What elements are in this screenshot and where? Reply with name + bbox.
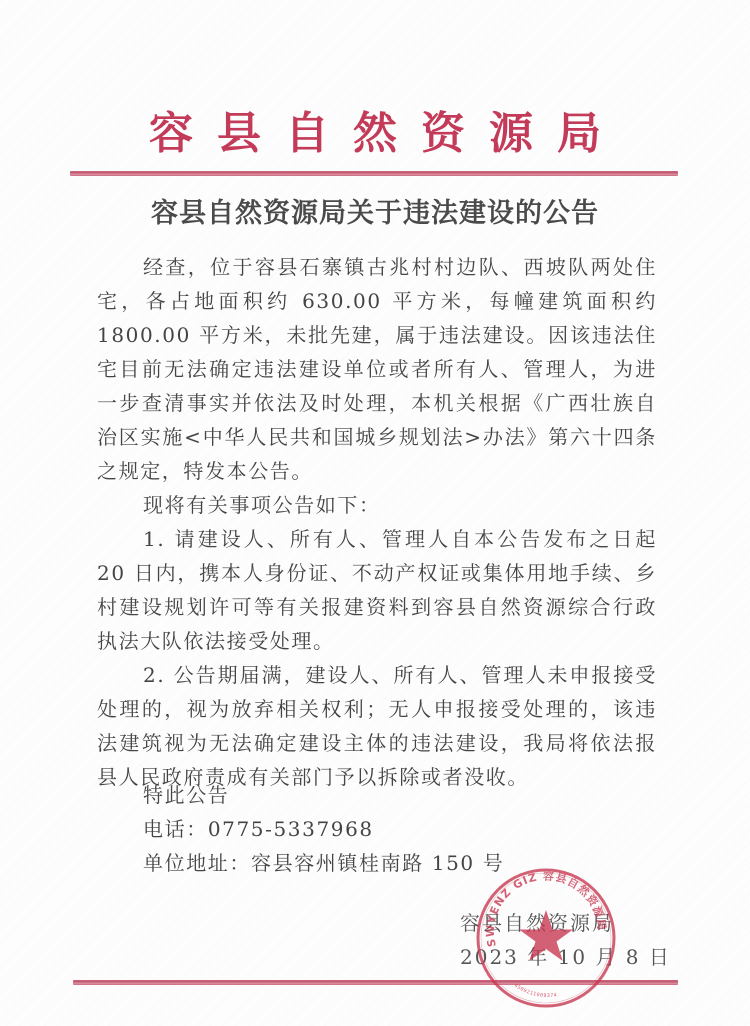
notice-title: 容县自然资源局关于违法建设的公告 [70,194,680,234]
masthead-red-rule [70,171,678,176]
paragraph-item-2: 2. 公告期届满，建设人、所有人、管理人未申报接受处理的，视为放弃相关权利；无人… [97,658,657,794]
masthead-title: 容县自然资源局 [70,104,680,164]
paragraph-intro-items: 现将有关事项公告如下： [97,488,657,522]
signature-block: 容县自然资源局 2023 年 10 月 8 日 [460,906,630,974]
notice-body: 经查，位于容县石寨镇古兆村村边队、西坡队两处住宅，各占地面积约 630.00 平… [97,250,657,794]
footer-red-rule [73,980,678,985]
issuer-name: 容县自然资源局 [460,906,630,940]
address-line: 单位地址：容县容州镇桂南路 150 号 [143,846,504,880]
address-value: 容县容州镇桂南路 150 号 [251,851,504,875]
phone-number: 0775-5337968 [208,817,374,841]
issue-date: 2023 年 10 月 8 日 [460,940,630,974]
closing-block: 特此公告 电话：0775-5337968 单位地址：容县容州镇桂南路 150 号 [143,778,504,880]
closing-notice: 特此公告 [143,778,504,812]
paragraph-item-1: 1. 请建设人、所有人、管理人自本公告发布之日起 20 日内，携本人身份证、不动… [97,522,657,658]
phone-line: 电话：0775-5337968 [143,812,504,846]
phone-label: 电话： [143,817,208,841]
svg-text:4509211009374: 4509211009374 [513,983,558,999]
paragraph-findings: 经查，位于容县石寨镇古兆村村边队、西坡队两处住宅，各占地面积约 630.00 平… [97,250,657,488]
address-label: 单位地址： [143,851,251,875]
document-page: 容县自然资源局 容县自然资源局关于违法建设的公告 经查，位于容县石寨镇古兆村村边… [0,0,750,1026]
seal-code: 4509211009374 [513,983,558,999]
